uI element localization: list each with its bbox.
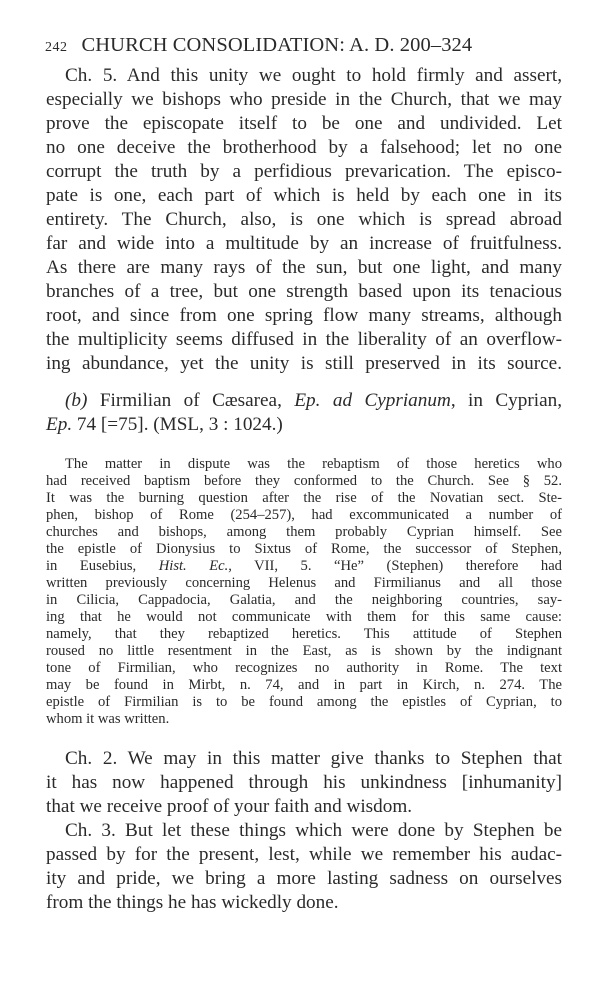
text-line: entirety. The Church, also, is one which… xyxy=(46,208,562,232)
source-work-title: Ep. ad Cyprianum xyxy=(294,390,451,411)
page-number: 242 xyxy=(45,40,68,55)
note-line: churches and bishops, among them probabl… xyxy=(46,524,562,541)
note-line: It was the burning question after the ri… xyxy=(46,490,562,507)
text-line: it has now happened through his unkindne… xyxy=(46,771,562,795)
text-line: passed by for the present, lest, while w… xyxy=(46,843,562,867)
epistle-reference: 74 [=75]. (MSL, 3 : 1024.) xyxy=(72,414,283,435)
book-page: 242 CHURCH CONSOLIDATION: A. D. 200–324 … xyxy=(0,0,607,992)
note-line: phen, bishop of Rome (254–257), had exco… xyxy=(46,507,562,524)
text-line: Ch. 3. But let these things which were d… xyxy=(65,819,562,843)
text-line: Ch. 2. We may in this matter give thanks… xyxy=(65,747,562,771)
section-label: (b) xyxy=(65,390,87,411)
text-line: no one deceive the brotherhood by a fals… xyxy=(46,136,562,160)
text-line: ing abundance, yet the unity is still pr… xyxy=(46,352,562,376)
text-line: the multiplicity seems diffused in the l… xyxy=(46,328,562,352)
text-line: especially we bishops who preside in the… xyxy=(46,88,562,112)
note-line: in Eusebius, Hist. Ec., VII, 5. “He” (St… xyxy=(46,558,562,575)
text-line: far and wide into a multitude by an incr… xyxy=(46,232,562,256)
text-line: branches of a tree, but one strength bas… xyxy=(46,280,562,304)
note-line: the epistle of Dionysius to Sixtus of Ro… xyxy=(46,541,562,558)
heading-line: Ep. 74 [=75]. (MSL, 3 : 1024.) xyxy=(46,413,562,437)
source-after-title: , in Cyprian, xyxy=(451,390,562,411)
text-line: Ch. 5. And this unity we ought to hold f… xyxy=(65,64,562,88)
note-line: written previously concerning Helenus an… xyxy=(46,575,562,592)
page-header: 242 CHURCH CONSOLIDATION: A. D. 200–324 xyxy=(45,34,565,60)
text-line: As there are many rays of the sun, but o… xyxy=(46,256,562,280)
note-text: in Eusebius, xyxy=(46,558,159,574)
text-line: prove the episcopate itself to be one an… xyxy=(46,112,562,136)
note-line: in Cilicia, Cappadocia, Galatia, and the… xyxy=(46,592,562,609)
note-line: roused no little resentment in the East,… xyxy=(46,643,562,660)
text-line: from the things he has wickedly done. xyxy=(46,891,562,915)
text-line: root, and since from one spring flow man… xyxy=(46,304,562,328)
note-line: namely, that they rebaptized heretics. T… xyxy=(46,626,562,643)
text-line: ity and pride, we bring a more lasting s… xyxy=(46,867,562,891)
heading-line: (b) Firmilian of Cæsarea, Ep. ad Cyprian… xyxy=(65,389,562,413)
note-line: epistle of Firmilian is to be found amon… xyxy=(46,694,562,711)
note-text: , VII, 5. “He” (Stephen) therefore had xyxy=(228,558,562,574)
text-line: pate is one, each part of which is held … xyxy=(46,184,562,208)
note-citation-title: Hist. Ec. xyxy=(159,558,229,574)
note-line: ing that he would not communicate with t… xyxy=(46,609,562,626)
source-author: Firmilian of Cæsarea, xyxy=(100,390,282,411)
note-line: whom it was written. xyxy=(46,711,562,728)
epistle-abbrev: Ep. xyxy=(46,414,72,435)
text-line: corrupt the truth by a perfidious prevar… xyxy=(46,160,562,184)
note-line: The matter in dispute was the rebaptism … xyxy=(65,456,562,473)
note-line: may be found in Mirbt, n. 74, and in par… xyxy=(46,677,562,694)
running-title: CHURCH CONSOLIDATION: A. D. 200–324 xyxy=(82,34,473,56)
text-line: that we receive proof of your faith and … xyxy=(46,795,562,819)
note-line: had received baptism before they conform… xyxy=(46,473,562,490)
note-line: tone of Firmilian, who recognizes no aut… xyxy=(46,660,562,677)
